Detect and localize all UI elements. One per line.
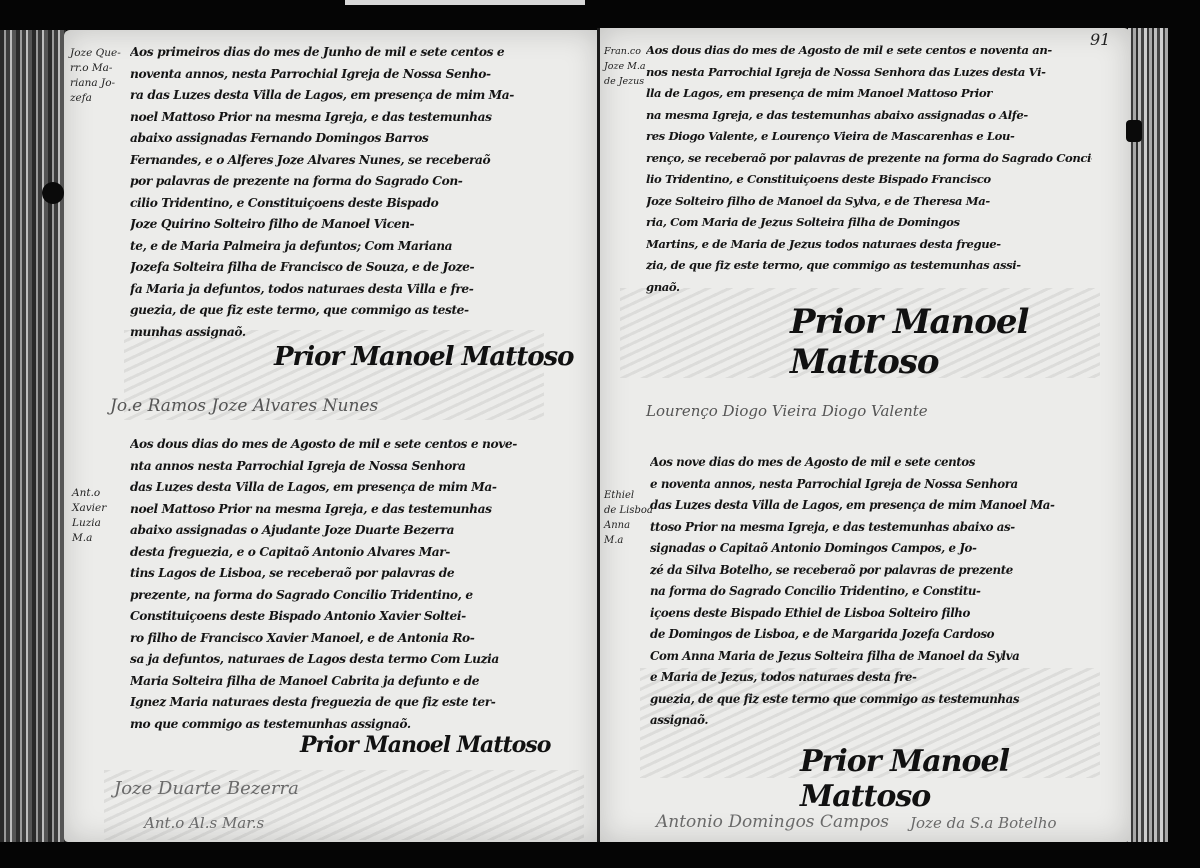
marriage-entry-1: Aos primeiros dias do mes de Junho de mi… <box>130 42 580 343</box>
marriage-entry-3: Aos dous dias do mes de Agosto de mil e … <box>646 40 1092 298</box>
top-light-strip <box>345 0 585 5</box>
margin-note-entry2: Ant.o Xavier Luzia M.a <box>72 486 128 546</box>
left-page: Joze Que- rr.o Ma- riana Jo- zefa Aos pr… <box>64 30 598 842</box>
witness-signature: Ant.o Al.s Mar.s <box>144 814 264 832</box>
page-number: 91 <box>1090 30 1110 49</box>
witness-signature: Joze da S.a Botelho <box>910 814 1057 832</box>
entry-heading: Jo.e Ramos Joze Alvares Nunes <box>110 396 378 416</box>
entry-heading: Lourenço Diogo Vieira Diogo Valente <box>646 402 928 420</box>
ink-blot <box>42 182 64 204</box>
prior-signature: Prior Manoel Mattoso <box>274 342 574 372</box>
ink-blot <box>1126 120 1142 142</box>
prior-signature: Prior Manoel Mattoso <box>790 302 1130 382</box>
marriage-entry-2: Aos dous dias do mes de Agosto de mil e … <box>130 434 580 735</box>
right-page: 91 Fran.co Joze M.a de Jezus Aos dous di… <box>600 28 1130 842</box>
margin-note-entry1: Joze Que- rr.o Ma- riana Jo- zefa <box>70 46 126 106</box>
witness-signature: Joze Duarte Bezerra <box>114 778 299 799</box>
marriage-entry-4: Aos nove dias do mes de Agosto de mil e … <box>650 452 1096 732</box>
prior-signature: Prior Manoel Mattoso <box>300 732 550 758</box>
left-page-edges <box>0 30 66 842</box>
right-page-edges <box>1128 28 1168 842</box>
witness-signature: Antonio Domingos Campos <box>656 812 889 832</box>
prior-signature: Prior Manoel Mattoso <box>800 744 1130 814</box>
